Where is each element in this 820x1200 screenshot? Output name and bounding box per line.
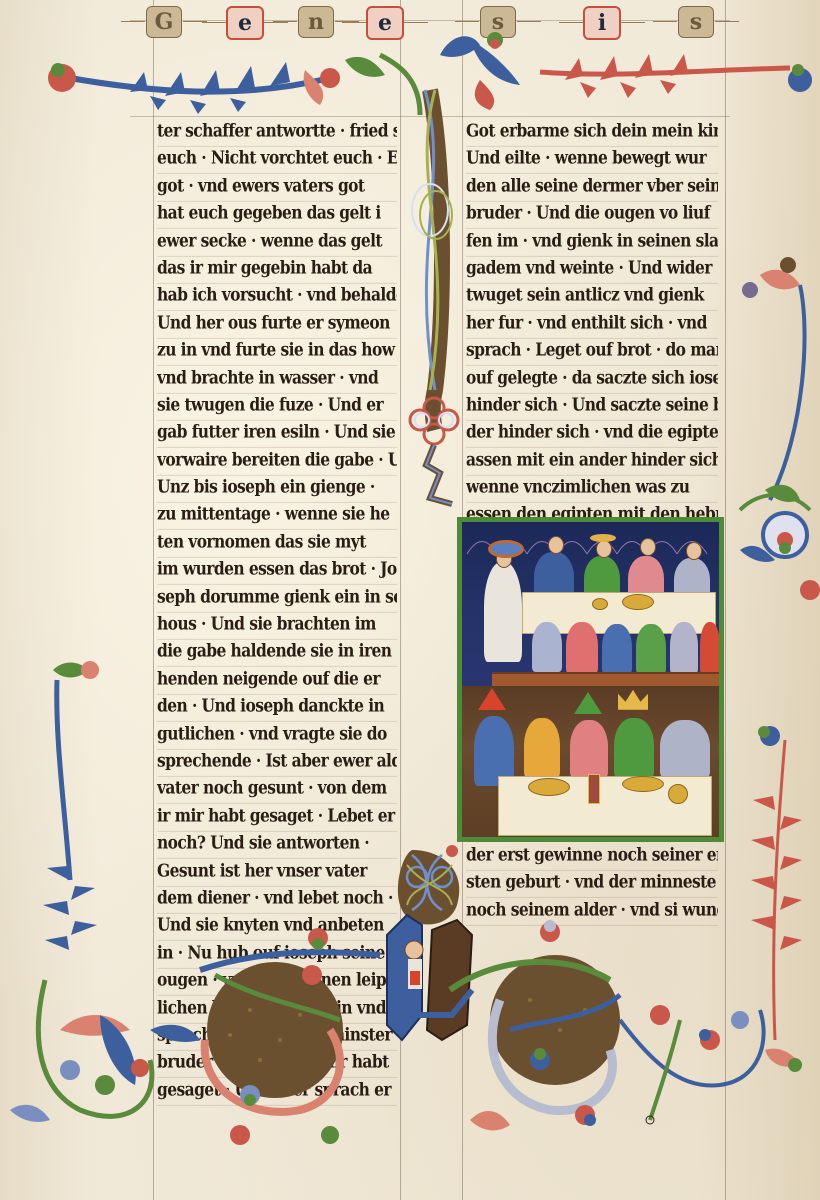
figure-head <box>686 542 702 560</box>
halo-hat <box>590 534 616 542</box>
brother-grey <box>660 720 710 778</box>
miniature-lower-scene <box>462 686 719 837</box>
bowl <box>528 778 570 796</box>
right-margin-vine <box>720 250 820 650</box>
brother-pink <box>570 720 608 778</box>
text-line: hat euch gegeben das gelt i <box>157 198 397 229</box>
text-column-right-bottom: der erst gewinne noch seiner er sten geb… <box>466 842 718 924</box>
figure-front-scarlet <box>700 622 720 674</box>
figure-front-green <box>636 624 666 674</box>
figure-head <box>548 536 564 554</box>
green-pointed-hat <box>574 692 602 714</box>
brother-yellow <box>524 718 560 778</box>
turban-hat <box>488 540 524 558</box>
figure-joseph <box>484 562 522 662</box>
brother-green <box>614 718 654 778</box>
bottom-border-scrolls <box>0 920 820 1180</box>
figure-front-lilac <box>670 622 698 674</box>
goblet <box>588 774 600 804</box>
text-line: noch? Und sie antworten · <box>157 828 397 859</box>
text-line: zu in vnd furte sie in das how <box>157 335 397 366</box>
pitcher <box>668 784 688 804</box>
dish <box>592 598 608 610</box>
figure-front-blue <box>602 624 632 674</box>
figure-head <box>640 538 656 556</box>
text-line: bruder · Und die ougen vo liuf <box>466 198 718 229</box>
red-peaked-hat <box>478 688 506 710</box>
text-line: den · Und ioseph danckte in <box>157 691 397 722</box>
text-line: sprach · Leget ouf brot · do man <box>466 335 718 366</box>
figure-front-grey <box>532 622 562 672</box>
figure-head <box>596 540 612 558</box>
miniature-upper-scene <box>462 522 719 686</box>
figure-front-red <box>566 622 598 674</box>
miniature-feast-painting <box>457 517 724 842</box>
platter <box>622 776 664 792</box>
interlace-stem <box>400 90 470 520</box>
crown-hat <box>618 690 648 710</box>
dish <box>622 594 654 610</box>
